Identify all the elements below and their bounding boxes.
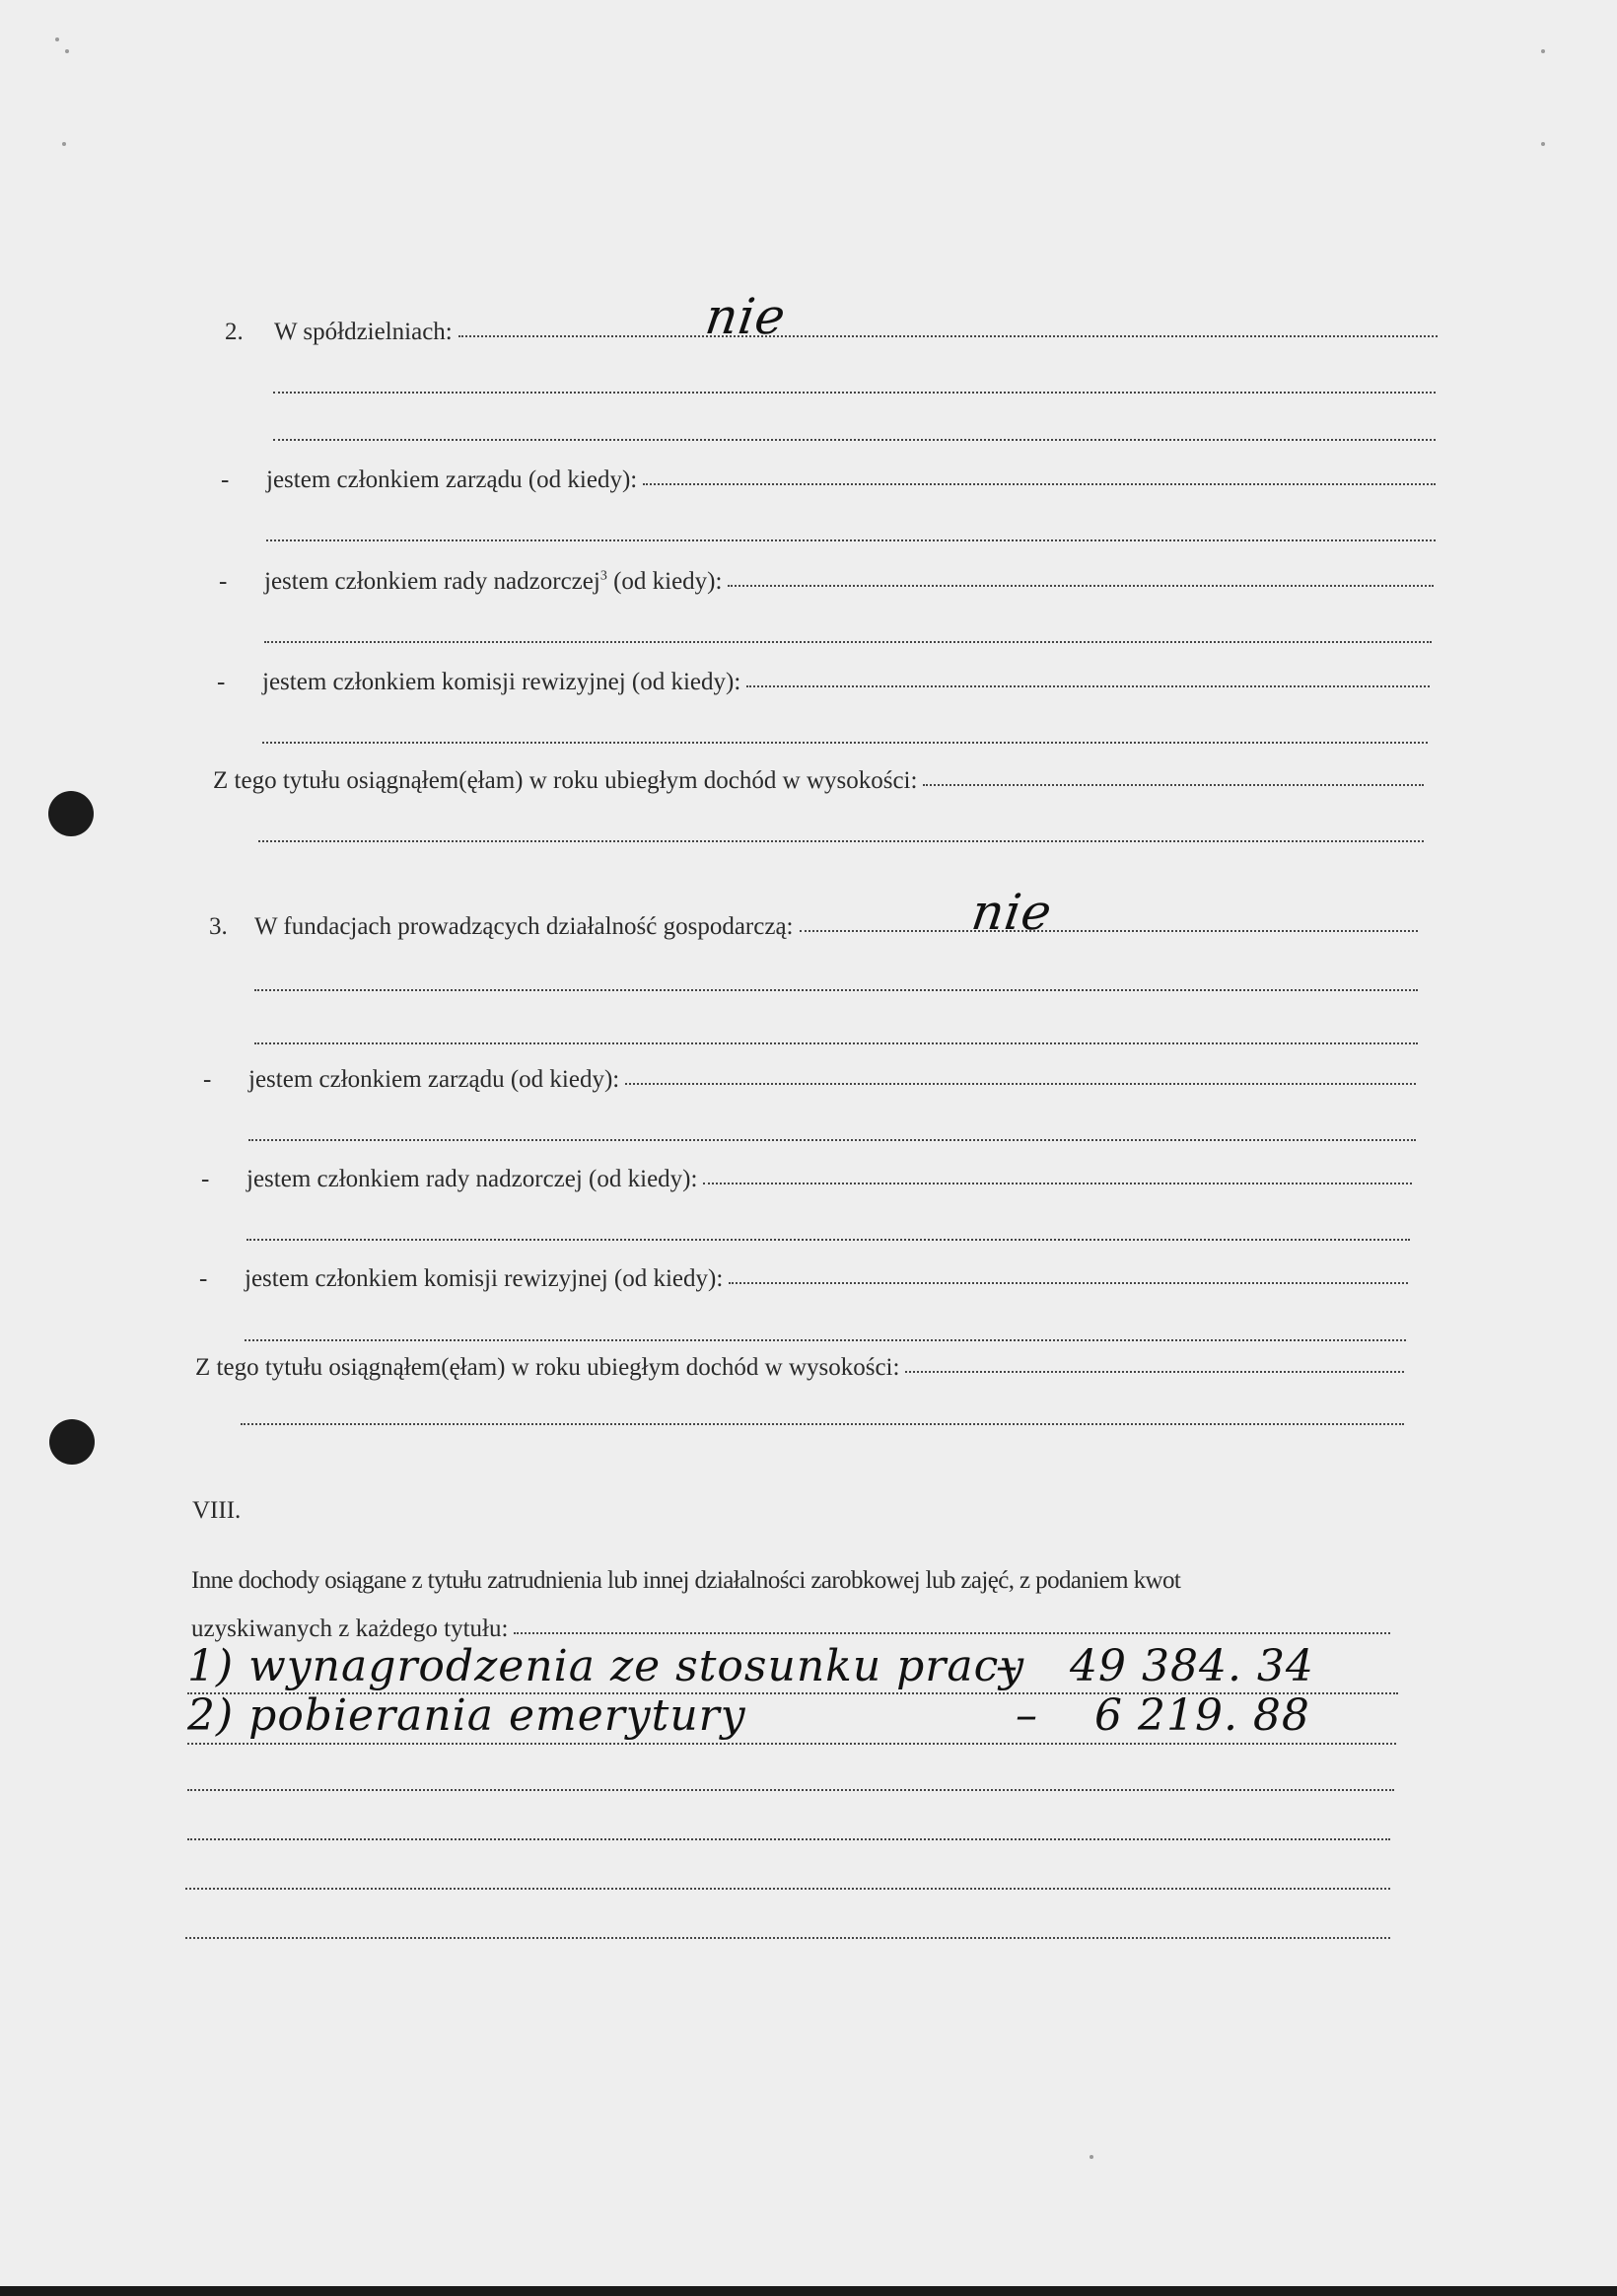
section8-blank-line[interactable] (187, 1838, 1390, 1840)
section8-description-text: Inne dochody osiągane z tytułu zatrudnie… (191, 1566, 1180, 1596)
section3-heading: W fundacjach prowadzących działalność go… (254, 912, 794, 942)
section2-heading-row: 2. W spółdzielniach: (225, 318, 1438, 347)
section8-entry-1-dash: – (996, 1641, 1019, 1691)
section2-handwritten-answer: nie (702, 288, 790, 345)
section3-blank-line[interactable] (254, 1042, 1418, 1044)
scan-bottom-edge (0, 2286, 1617, 2296)
section3-audit-row: - jestem członkiem komisji rewizyjnej (o… (199, 1264, 1408, 1294)
section2-answer-field[interactable] (458, 329, 1438, 337)
section8-entry-1-amount: 49 384. 34 (1070, 1641, 1314, 1691)
bullet-dash: - (201, 1165, 246, 1194)
bullet-dash: - (219, 567, 264, 597)
section3-supervisory-label: jestem członkiem rady nadzorczej (od kie… (246, 1165, 697, 1194)
scan-speck (1541, 49, 1545, 53)
section2-heading: W spółdzielniach: (274, 318, 453, 347)
scan-speck (1090, 2155, 1093, 2159)
section8-entry-2-amount: 6 219. 88 (1094, 1690, 1310, 1741)
section3-income-field[interactable] (905, 1365, 1404, 1373)
section2-board-blank-line[interactable] (266, 539, 1436, 541)
bullet-dash: - (217, 668, 262, 697)
section3-board-label: jestem członkiem zarządu (od kiedy): (248, 1065, 619, 1095)
bullet-dash: - (203, 1065, 248, 1095)
punch-hole-bottom (49, 1419, 95, 1465)
section8-blank-line[interactable] (185, 1937, 1390, 1939)
section2-audit-row: - jestem członkiem komisji rewizyjnej (o… (217, 668, 1430, 697)
section8-entry-1-label: 1) wynagrodzenia ze stosunku pracy (187, 1641, 1024, 1691)
section8-description-text-2: uzyskiwanych z każdego tytułu: (191, 1614, 508, 1644)
section2-supervisory-label: jestem członkiem rady nadzorczej3 (od ki… (264, 567, 722, 597)
section8-description-field[interactable] (514, 1626, 1390, 1634)
bullet-dash: - (199, 1264, 245, 1294)
scanned-page: 2. W spółdzielniach: nie - jestem członk… (0, 0, 1617, 2286)
scan-speck (62, 142, 66, 146)
section3-audit-blank-line[interactable] (245, 1339, 1406, 1341)
punch-hole-top (48, 791, 94, 836)
section2-board-field[interactable] (643, 477, 1436, 485)
section2-supervisory-blank-line[interactable] (264, 641, 1432, 643)
scan-speck (65, 49, 69, 53)
section3-income-blank-line[interactable] (241, 1423, 1404, 1425)
scan-speck (1541, 142, 1545, 146)
scan-speck (55, 37, 59, 41)
section2-income-blank-line[interactable] (258, 840, 1424, 842)
section2-audit-blank-line[interactable] (262, 742, 1428, 744)
section2-audit-field[interactable] (746, 680, 1430, 687)
section8-description-line2: uzyskiwanych z każdego tytułu: (191, 1614, 1390, 1644)
section2-number: 2. (225, 318, 274, 347)
section8-entry-2-label: 2) pobierania emerytury (187, 1690, 746, 1741)
section3-heading-row: 3. W fundacjach prowadzących działalność… (209, 912, 1418, 942)
section8-blank-line[interactable] (185, 1888, 1390, 1890)
section8-heading: VIII. (192, 1497, 241, 1525)
section3-board-field[interactable] (625, 1077, 1416, 1085)
section2-board-label: jestem członkiem zarządu (od kiedy): (266, 466, 637, 495)
section2-income-label: Z tego tytułu osiągnąłem(ęłam) w roku ub… (213, 766, 917, 796)
section3-number: 3. (209, 912, 254, 942)
section3-audit-field[interactable] (729, 1276, 1408, 1284)
section3-income-label: Z tego tytułu osiągnąłem(ęłam) w roku ub… (195, 1353, 899, 1383)
section3-board-row: - jestem członkiem zarządu (od kiedy): (203, 1065, 1416, 1095)
section8-entry-2-dash: – (1016, 1690, 1038, 1741)
bullet-dash: - (221, 466, 266, 495)
section3-board-blank-line[interactable] (248, 1139, 1416, 1141)
section2-supervisory-suffix: (od kiedy): (607, 568, 723, 595)
section2-blank-line[interactable] (273, 439, 1436, 441)
section2-blank-line[interactable] (273, 392, 1436, 394)
section3-answer-field[interactable] (800, 924, 1419, 932)
section2-supervisory-text: jestem członkiem rady nadzorczej (264, 568, 600, 595)
section3-blank-line[interactable] (254, 989, 1418, 991)
section2-income-field[interactable] (923, 778, 1424, 786)
section8-description-line1: Inne dochody osiągane z tytułu zatrudnie… (191, 1566, 1180, 1596)
section2-income-row: Z tego tytułu osiągnąłem(ęłam) w roku ub… (213, 766, 1424, 796)
section3-audit-label: jestem członkiem komisji rewizyjnej (od … (245, 1264, 723, 1294)
section2-board-row: - jestem członkiem zarządu (od kiedy): (221, 466, 1436, 495)
section3-income-row: Z tego tytułu osiągnąłem(ęłam) w roku ub… (195, 1353, 1404, 1383)
section3-handwritten-answer: nie (968, 884, 1056, 941)
section3-supervisory-row: - jestem członkiem rady nadzorczej (od k… (201, 1165, 1412, 1194)
section3-supervisory-field[interactable] (703, 1177, 1412, 1184)
section2-supervisory-field[interactable] (728, 579, 1434, 587)
section8-entry-line[interactable] (187, 1743, 1396, 1745)
footnote-marker: 3 (600, 569, 607, 584)
section2-supervisory-row: - jestem członkiem rady nadzorczej3 (od … (219, 567, 1434, 597)
section2-audit-label: jestem członkiem komisji rewizyjnej (od … (262, 668, 740, 697)
section3-supervisory-blank-line[interactable] (246, 1239, 1410, 1241)
section8-blank-line[interactable] (187, 1789, 1394, 1791)
